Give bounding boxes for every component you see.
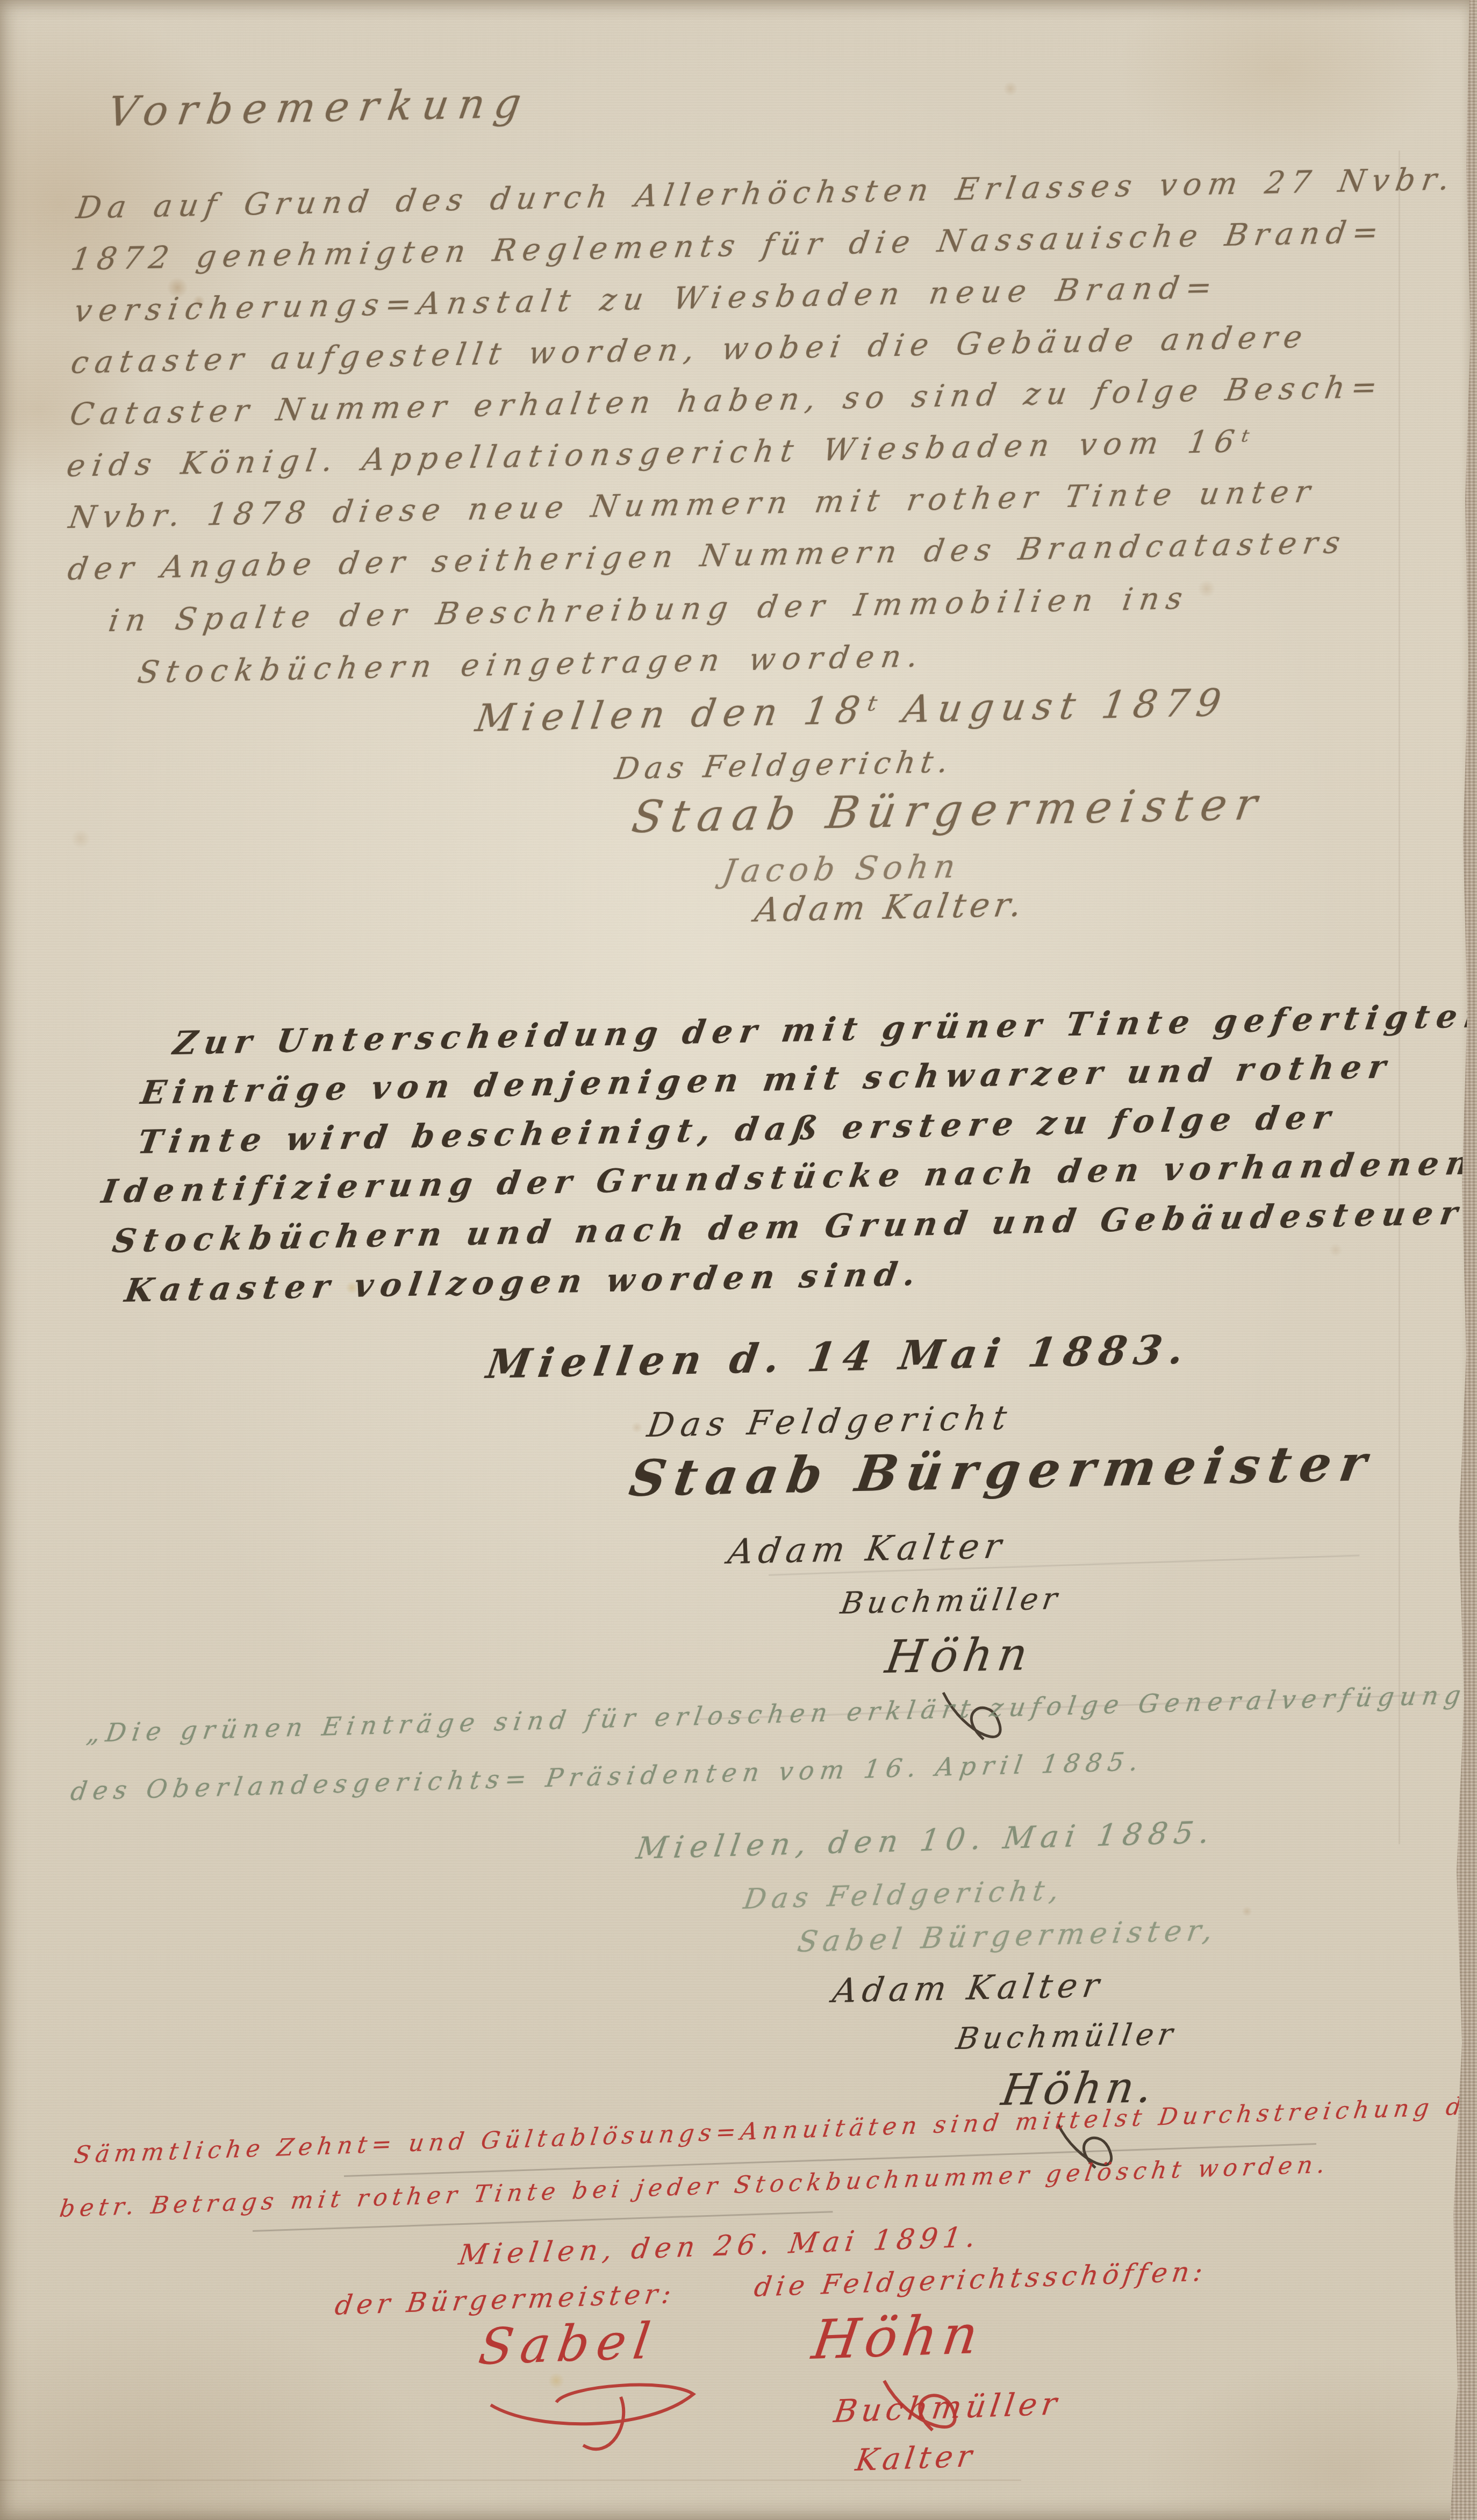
court-line-1885: Das Feldgericht, <box>742 1876 1066 1914</box>
court-line-1879: Das Feldgericht. <box>613 747 956 786</box>
manuscript-line: des Oberlandesgerichts= Präsidenten vom … <box>69 1748 1146 1805</box>
manuscript-line: cataster aufgestellt worden, wobei die G… <box>69 322 1311 380</box>
role-feldgerichtsschoeffen-label: die Feldgerichtsschöffen: <box>752 2257 1209 2301</box>
manuscript-line: Cataster Nummer erhalten haben, so sind … <box>68 372 1386 431</box>
dateline-1885: Miellen, den 10. Mai 1885. <box>634 1817 1218 1865</box>
manuscript-line: Kataster vollzogen worden sind. <box>123 1258 924 1308</box>
signature-staab-1879: Staab Bürgermeister <box>629 781 1268 841</box>
signature-adam-kalter-1883: Adam Kalter <box>726 1529 1009 1570</box>
signature-jacob-sohn-1879: Jacob Sohn <box>720 850 963 889</box>
manuscript-line: Stockbüchern eingetragen worden. <box>135 640 927 689</box>
manuscript-line: 1872 genehmigten Reglements für die Nass… <box>69 217 1387 276</box>
signature-hoehn-1891: Höhn <box>809 2305 987 2368</box>
court-line-1883: Das Feldgericht <box>645 1400 1015 1443</box>
manuscript-line: in Spalte der Beschreibung der Immobilie… <box>106 583 1192 638</box>
signature-adam-kalter-1879: Adam Kalter. <box>752 887 1028 927</box>
signature-sabel-1891: Sabel <box>476 2315 661 2374</box>
signature-sabel-1885: Sabel Bürgermeister, <box>795 1915 1220 1958</box>
dateline-1883: Miellen d. 14 Mai 1883. <box>484 1329 1194 1386</box>
signature-buchmueller-1885: Buchmüller <box>954 2019 1179 2055</box>
signature-adam-kalter-1885: Adam Kalter <box>830 1967 1107 2008</box>
signature-buchmueller-1883: Buchmüller <box>838 1583 1064 1620</box>
signature-staab-1883: Staab Bürgermeister <box>626 1437 1379 1505</box>
manuscript-line: versicherungs=Anstalt zu Wiesbaden neue … <box>72 272 1221 328</box>
manuscript-line: Nvbr. 1878 diese neue Nummern mit rother… <box>67 476 1318 534</box>
signature-buchmueller-1891: Buchmüller <box>832 2387 1063 2428</box>
scanned-book-page: { "document": { "type_label": "handwritt… <box>0 0 1477 2520</box>
dateline-1879: Miellen den 18ᵗ August 1879 <box>473 683 1231 738</box>
manuscript-line: der Angabe der seitherigen Nummern des B… <box>66 527 1349 586</box>
manuscript-line: „Die grünen Einträge sind für erloschen … <box>85 1682 1468 1747</box>
horizontal-crease <box>0 2480 1021 2481</box>
signature-kalter-1891: Kalter <box>854 2441 978 2477</box>
manuscript-line: eids Königl. Appellationsgericht Wiesbad… <box>64 425 1258 482</box>
paper-sheet: Vorbemerkung Da auf Grund des durch Alle… <box>0 0 1477 2520</box>
manuscript-line: Da auf Grund des durch Allerhöchsten Erl… <box>74 163 1458 225</box>
dateline-1891: Miellen, den 26. Mai 1891. <box>457 2223 983 2271</box>
signature-hoehn-1883: Höhn <box>883 1630 1036 1681</box>
page-heading: Vorbemerkung <box>105 81 534 133</box>
vertical-crease <box>1399 151 1400 1844</box>
signature-flourish <box>486 2381 718 2472</box>
